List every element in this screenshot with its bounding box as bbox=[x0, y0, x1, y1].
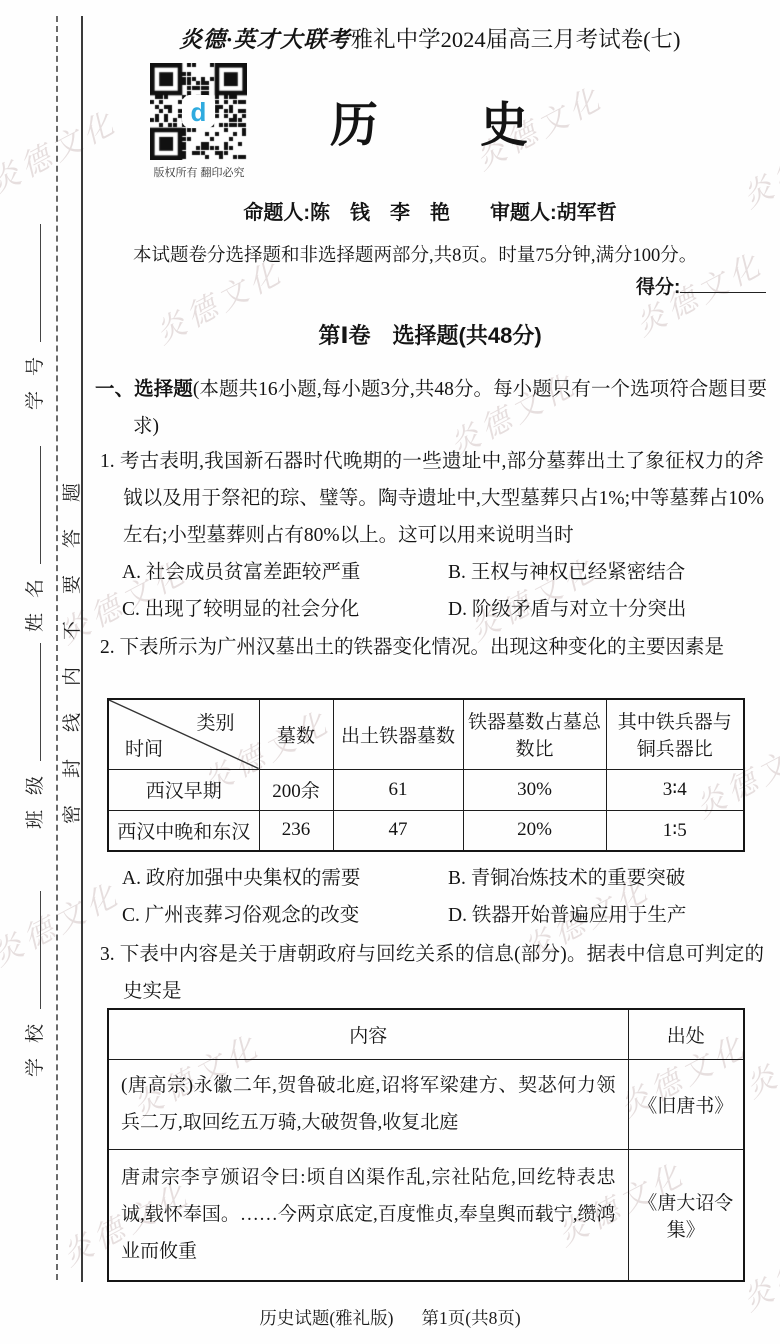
instruction-heading: 一、选择题 bbox=[95, 378, 193, 400]
q2-option-b: B. 青铜冶炼技术的重要突破 bbox=[448, 862, 764, 890]
q2-col-header: 铁器墓数占墓总数比 bbox=[463, 699, 606, 769]
name-field: 姓名 bbox=[21, 442, 45, 632]
q3-table-row: (唐高宗)永徽二年,贺鲁破北庭,诏将军梁建方、契苾何力领兵二万,取回纥五万骑,大… bbox=[108, 1059, 744, 1149]
footer-paper-name: 历史试题(雅礼版) bbox=[259, 1308, 393, 1328]
student-number-label: 学号 bbox=[20, 342, 47, 410]
exam-info: 本试题卷分选择题和非选择题两部分,共8页。时量75分钟,满分100分。 bbox=[133, 241, 773, 267]
name-blank bbox=[25, 446, 41, 564]
footer-page-number: 第1页(共8页) bbox=[422, 1308, 521, 1328]
corner-bottom-label: 时间 bbox=[125, 734, 163, 761]
q2-col-header: 出土铁器墓数 bbox=[333, 699, 463, 769]
q2-cell: 30% bbox=[463, 769, 606, 810]
q2-option-c: C. 广州丧葬习俗观念的改变 bbox=[122, 899, 448, 927]
q2-cell: 61 bbox=[333, 769, 463, 810]
exam-header: 炎德·英才大联考雅礼中学2024届高三月考试卷(七) bbox=[90, 22, 770, 54]
q2-option-a: A. 政府加强中央集权的需要 bbox=[122, 862, 448, 890]
q1-option-a: A. 社会成员贫富差距较严重 bbox=[122, 556, 448, 584]
question-2: 2. 下表所示为广州汉墓出土的铁器变化情况。出现这种变化的主要因素是 bbox=[100, 629, 764, 666]
student-number-blank bbox=[25, 224, 41, 342]
q2-cell: 西汉早期 bbox=[108, 769, 259, 810]
q2-table-corner-cell: 类别 时间 bbox=[108, 699, 259, 769]
q3-col-header: 出处 bbox=[628, 1009, 744, 1059]
q3-content-cell: (唐高宗)永徽二年,贺鲁破北庭,诏将军梁建方、契苾何力领兵二万,取回纥五万骑,大… bbox=[108, 1059, 628, 1149]
copyright-note: 版权所有 翻印必究 bbox=[138, 164, 260, 180]
score-field: 得分: bbox=[636, 272, 776, 299]
score-label: 得分: bbox=[636, 277, 680, 298]
q1-option-b: B. 王权与神权已经紧密结合 bbox=[448, 556, 764, 584]
q1-option-d: D. 阶级矛盾与对立十分突出 bbox=[448, 593, 764, 621]
school-field: 学校 bbox=[21, 887, 45, 1077]
q2-cell: 236 bbox=[259, 810, 333, 851]
score-blank bbox=[680, 277, 766, 293]
q2-cell: 20% bbox=[463, 810, 606, 851]
setters-line: 命题人:陈 钱 李 艳 审题人:胡军哲 bbox=[95, 196, 765, 225]
school-label: 学校 bbox=[20, 1009, 47, 1077]
question-2-options-ab: A. 政府加强中央集权的需要 B. 青铜冶炼技术的重要突破 bbox=[122, 862, 764, 890]
class-label: 班级 bbox=[20, 761, 47, 829]
q2-table: 类别 时间 墓数 出土铁器墓数 铁器墓数占墓总数比 其中铁兵器与铜兵器比 西汉早… bbox=[107, 698, 745, 852]
q2-option-d: D. 铁器开始普遍应用于生产 bbox=[448, 899, 764, 927]
q2-col-header: 墓数 bbox=[259, 699, 333, 769]
class-field: 班级 bbox=[21, 639, 45, 829]
question-2-options-cd: C. 广州丧葬习俗观念的改变 D. 铁器开始普遍应用于生产 bbox=[122, 899, 764, 927]
class-blank bbox=[25, 643, 41, 761]
volume-title: 第Ⅰ卷 选择题(共48分) bbox=[95, 319, 765, 350]
q3-content-cell: 唐肃宗李亨颁诏令曰:顷自凶渠作乱,宗社阽危,回纥特表忠诚,载怀奉国。……今两京底… bbox=[108, 1149, 628, 1281]
brand-name: 炎德·英才大联考 bbox=[179, 27, 350, 52]
q3-source-cell: 《旧唐书》 bbox=[628, 1059, 744, 1149]
q3-col-header: 内容 bbox=[108, 1009, 628, 1059]
question-1-options-cd: C. 出现了较明显的社会分化 D. 阶级矛盾与对立十分突出 bbox=[122, 593, 764, 621]
q3-table-row: 唐肃宗李亨颁诏令曰:顷自凶渠作乱,宗社阽危,回纥特表忠诚,载怀奉国。……今两京底… bbox=[108, 1149, 744, 1281]
q2-table-row: 西汉早期 200余 61 30% 3∶4 bbox=[108, 769, 744, 810]
q2-table-row: 西汉中晚和东汉 236 47 20% 1∶5 bbox=[108, 810, 744, 851]
q2-cell: 200余 bbox=[259, 769, 333, 810]
seal-instruction: 密封线内不要答题 bbox=[58, 444, 82, 836]
subject-title: 历 史 bbox=[95, 86, 765, 155]
section-instruction: 一、选择题(本题共16小题,每小题3分,共48分。每小题只有一个选项符合题目要求… bbox=[95, 371, 767, 445]
exam-name: 雅礼中学2024届高三月考试卷(七) bbox=[351, 27, 681, 52]
q1-option-c: C. 出现了较明显的社会分化 bbox=[122, 593, 448, 621]
q2-cell: 47 bbox=[333, 810, 463, 851]
q2-cell: 西汉中晚和东汉 bbox=[108, 810, 259, 851]
question-1-options-ab: A. 社会成员贫富差距较严重 B. 王权与神权已经紧密结合 bbox=[122, 556, 764, 584]
q2-col-header: 其中铁兵器与铜兵器比 bbox=[606, 699, 744, 769]
q2-cell: 3∶4 bbox=[606, 769, 744, 810]
q2-cell: 1∶5 bbox=[606, 810, 744, 851]
student-number-field: 学号 bbox=[21, 220, 45, 410]
instruction-text: (本题共16小题,每小题3分,共48分。每小题只有一个选项符合题目要求) bbox=[133, 379, 767, 437]
q3-source-cell: 《唐大诏令集》 bbox=[628, 1149, 744, 1281]
exam-page: 炎德文化炎德文化炎德文化炎德文化炎德文化炎德文化炎德文化炎德文化炎德文化炎德文化… bbox=[0, 0, 780, 1344]
corner-top-label: 类别 bbox=[196, 708, 234, 735]
question-3: 3. 下表中内容是关于唐朝政府与回纥关系的信息(部分)。据表中信息可判定的史实是 bbox=[100, 936, 764, 1010]
q3-table: 内容 出处 (唐高宗)永徽二年,贺鲁破北庭,诏将军梁建方、契苾何力领兵二万,取回… bbox=[107, 1008, 745, 1282]
name-label: 姓名 bbox=[20, 564, 47, 632]
page-footer: 历史试题(雅礼版)第1页(共8页) bbox=[0, 1305, 780, 1330]
school-blank bbox=[25, 891, 41, 1009]
question-1: 1. 考古表明,我国新石器时代晚期的一些遗址中,部分墓葬出土了象征权力的斧钺以及… bbox=[100, 443, 764, 554]
